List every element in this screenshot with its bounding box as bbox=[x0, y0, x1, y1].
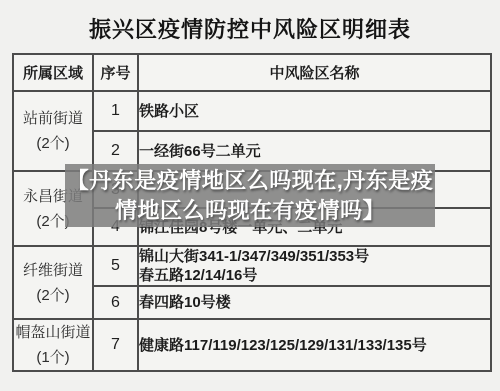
name-line-1: 锦山大街341-1/347/349/351/353号 bbox=[139, 247, 490, 266]
name-cell: 春四路10号楼 bbox=[138, 286, 491, 319]
watermark-overlay: 【丹东是疫情地区么吗现在,丹东是疫 情地区么吗现在有疫情吗】 bbox=[65, 164, 435, 227]
area-cell: 纤维街道 (2个) bbox=[13, 246, 93, 319]
page: 振兴区疫情防控中风险区明细表 所属区域 序号 中风险区名称 站前街道 (2个) … bbox=[0, 0, 500, 391]
name-line-2: 春五路12/14/16号 bbox=[139, 266, 490, 285]
name-cell: 铁路小区 bbox=[138, 91, 491, 131]
area-cell: 帽盔山街道 (1个) bbox=[13, 319, 93, 371]
seq-cell: 7 bbox=[93, 319, 138, 371]
area-count: (2个) bbox=[14, 283, 92, 308]
watermark-line-2: 情地区么吗现在有疫情吗】 bbox=[65, 196, 435, 226]
area-name: 帽盔山街道 bbox=[14, 320, 92, 345]
header-cell-area: 所属区域 bbox=[13, 54, 93, 91]
area-name: 站前街道 bbox=[14, 106, 92, 131]
area-count: (2个) bbox=[14, 131, 92, 156]
area-count: (1个) bbox=[14, 345, 92, 370]
area-cell: 站前街道 (2个) bbox=[13, 91, 93, 171]
table-row: 纤维街道 (2个) 5 锦山大街341-1/347/349/351/353号 春… bbox=[13, 246, 491, 286]
seq-cell: 6 bbox=[93, 286, 138, 319]
area-name: 纤维街道 bbox=[14, 258, 92, 283]
header-cell-name: 中风险区名称 bbox=[138, 54, 491, 91]
name-cell: 锦山大街341-1/347/349/351/353号 春五路12/14/16号 bbox=[138, 246, 491, 286]
header-row: 所属区域 序号 中风险区名称 bbox=[13, 54, 491, 91]
header-cell-seq: 序号 bbox=[93, 54, 138, 91]
name-cell: 健康路117/119/123/125/129/131/133/135号 bbox=[138, 319, 491, 371]
seq-cell: 1 bbox=[93, 91, 138, 131]
seq-cell: 5 bbox=[93, 246, 138, 286]
table-row: 站前街道 (2个) 1 铁路小区 bbox=[13, 91, 491, 131]
table-row: 帽盔山街道 (1个) 7 健康路117/119/123/125/129/131/… bbox=[13, 319, 491, 371]
watermark-line-1: 【丹东是疫情地区么吗现在,丹东是疫 bbox=[65, 166, 435, 196]
page-title: 振兴区疫情防控中风险区明细表 bbox=[0, 13, 500, 44]
